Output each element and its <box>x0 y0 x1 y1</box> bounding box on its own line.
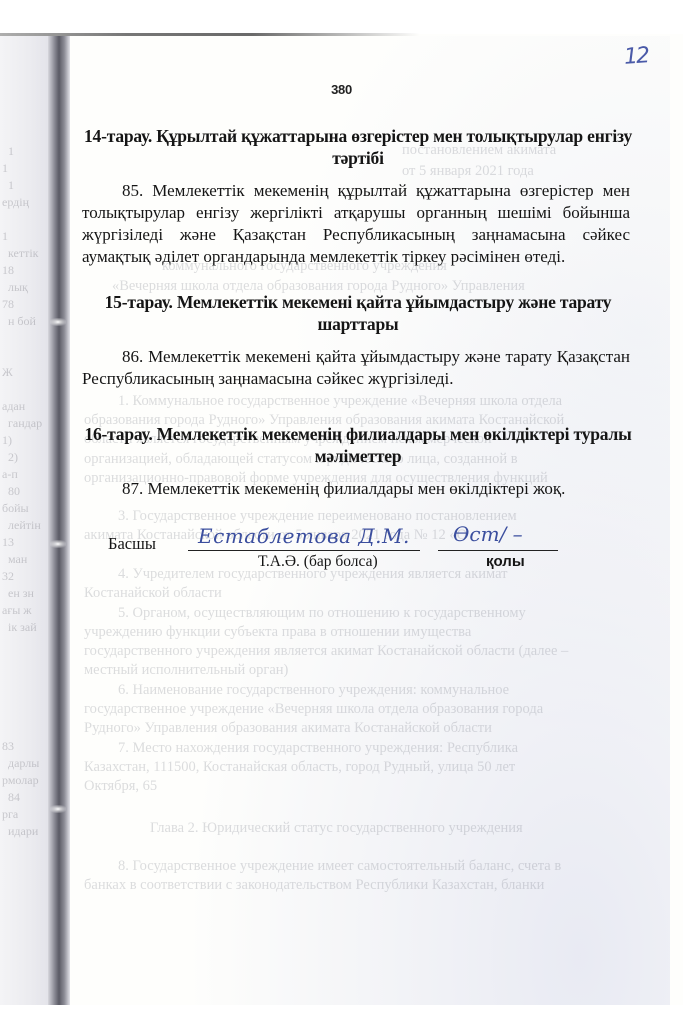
adjacent-page-fragment: лық <box>8 280 28 294</box>
adjacent-page-fragment: бойы <box>2 501 29 515</box>
name-signature-line <box>188 550 420 551</box>
paragraph-text: Мемлекеттік мекеменің құрылтай құжаттары… <box>82 181 630 266</box>
page-number: 380 <box>0 82 683 97</box>
adjacent-page-fragment: 80 <box>8 484 20 498</box>
book-spine-shadow <box>48 36 70 1005</box>
signature-line <box>438 550 558 551</box>
bleed-line: государственное учреждение «Вечерняя шко… <box>84 701 543 718</box>
adjacent-page-fragment: рмолар <box>2 773 39 787</box>
staple-glint <box>50 318 66 326</box>
paragraph-number: 85. <box>122 181 143 200</box>
adjacent-page-fragment: гандар <box>8 416 42 430</box>
adjacent-page-fragment: 1 <box>8 144 14 158</box>
adjacent-page-fragment: ердің <box>2 195 29 209</box>
section-heading-15: 15-тарау. Мемлекеттік мекемені қайта ұйы… <box>78 291 638 335</box>
signature-caption: қолы <box>486 553 525 570</box>
bleed-line: банках в соответствии с законодательство… <box>84 877 544 894</box>
adjacent-page-fragment: 1) <box>2 433 12 447</box>
adjacent-page-strip: 111ердің1кеттік18лық78н бойЖадангандар1)… <box>0 36 48 1005</box>
adjacent-page-fragment: ағы ж <box>2 603 32 617</box>
adjacent-page-fragment: 13 <box>2 535 14 549</box>
heading-line: шарттары <box>78 313 638 335</box>
bleed-line: местный исполнительный орган) <box>84 662 288 679</box>
adjacent-page-fragment: 1 <box>8 178 14 192</box>
heading-line: мәліметтер <box>78 445 638 467</box>
adjacent-page-fragment: 1 <box>2 161 8 175</box>
bleed-line: 5. Органом, осуществляющим по отношению … <box>118 605 526 622</box>
handwritten-signature: Ѳст/ – <box>453 522 523 546</box>
signature-block: Басшы Естаблетова Д.М. Т.А.Ә. (бар болса… <box>108 530 588 574</box>
adjacent-page-fragment: а-п <box>2 467 18 481</box>
paragraph-text: Мемлекеттік мекеменің филиалдары мен өкі… <box>148 479 566 498</box>
paragraph-number: 87. <box>122 479 143 498</box>
adjacent-page-fragment: лейтін <box>8 518 41 532</box>
adjacent-page-fragment: адан <box>2 399 25 413</box>
adjacent-page-fragment: н бой <box>8 314 36 328</box>
heading-line: 15-тарау. Мемлекеттік мекемені қайта ұйы… <box>78 291 638 313</box>
section-heading-14: 14-тарау. Құрылтай құжаттарына өзгерісте… <box>78 125 638 169</box>
adjacent-page-fragment: 84 <box>8 790 20 804</box>
bleed-line: Глава 2. Юридический статус государствен… <box>150 820 523 837</box>
adjacent-page-fragment: 2) <box>8 450 18 464</box>
adjacent-page-fragment: Ж <box>2 365 13 379</box>
bleed-line: Рудного» Управления образования акимата … <box>84 720 492 737</box>
paragraph-number: 86. <box>122 347 143 366</box>
bleed-line: государственного учреждения является аки… <box>84 643 568 660</box>
section-heading-16: 16-тарау. Мемлекеттік мекеменің филиалда… <box>78 423 638 467</box>
adjacent-page-fragment: 78 <box>2 297 14 311</box>
handwritten-name: Естаблетова Д.М. <box>198 524 410 548</box>
bleed-line: 8. Государственное учреждение имеет само… <box>118 858 561 875</box>
adjacent-page-fragment: кеттік <box>8 246 39 260</box>
heading-line: 16-тарау. Мемлекеттік мекеменің филиалда… <box>78 423 638 445</box>
bleed-line: 1. Коммунальное государственное учрежден… <box>118 393 562 410</box>
name-caption: Т.А.Ә. (бар болса) <box>258 553 378 571</box>
bleed-line: Октября, 65 <box>84 778 157 795</box>
paragraph-87: 87. Мемлекеттік мекеменің филиалдары мен… <box>82 478 630 500</box>
adjacent-page-fragment: ік зай <box>8 620 37 634</box>
bleed-line: учреждению функции субъекта права в отно… <box>84 624 471 641</box>
paragraph-85: 85. Мемлекеттік мекеменің құрылтай құжат… <box>82 180 630 268</box>
adjacent-page-fragment: рга <box>2 807 18 821</box>
adjacent-page-fragment: ен зн <box>8 586 34 600</box>
staple-glint <box>50 805 66 813</box>
adjacent-page-fragment: 32 <box>2 569 14 583</box>
adjacent-page-fragment: 18 <box>2 263 14 277</box>
bleed-line: 6. Наименование государственного учрежде… <box>118 682 509 699</box>
adjacent-page-fragment: дарлы <box>8 756 39 770</box>
handwritten-page-mark: 12 <box>623 43 649 70</box>
adjacent-page-text: 111ердің1кеттік18лық78н бойЖадангандар1)… <box>0 36 48 1005</box>
bleed-line: Казахстан, 111500, Костанайская область,… <box>84 759 515 776</box>
signatory-label: Басшы <box>108 534 156 554</box>
heading-line: тәртібі <box>78 147 638 169</box>
scan-top-margin <box>0 0 683 34</box>
paragraph-86: 86. Мемлекеттік мекемені қайта ұйымдасты… <box>82 346 630 390</box>
bleed-line: 7. Место нахождения государственного учр… <box>118 740 518 757</box>
adjacent-page-fragment: 1 <box>2 229 8 243</box>
adjacent-page-fragment: ман <box>8 552 27 566</box>
paragraph-text: Мемлекеттік мекемені қайта ұйымдастыру ж… <box>82 347 630 388</box>
adjacent-page-fragment: идари <box>8 824 38 838</box>
scan-bottom-margin <box>0 1005 683 1024</box>
bleed-line: Костанайской области <box>84 585 222 602</box>
staple-glint <box>50 540 66 548</box>
heading-line: 14-тарау. Құрылтай құжаттарына өзгерісте… <box>78 125 638 147</box>
adjacent-page-fragment: 83 <box>2 739 14 753</box>
